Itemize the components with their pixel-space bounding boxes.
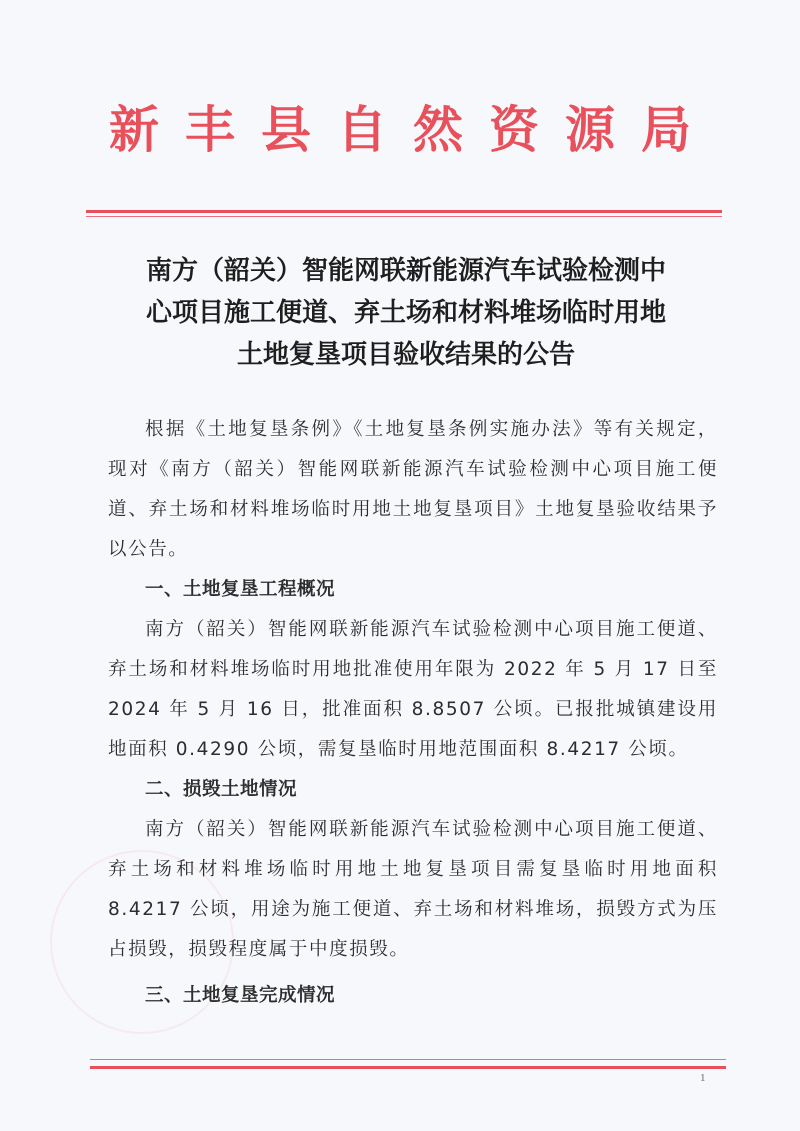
footer-divider-thick [90, 1066, 726, 1069]
footer-divider-thin [90, 1059, 726, 1060]
section-paragraph-2: 南方（韶关）智能网联新能源汽车试验检测中心项目施工便道、弃土场和材料堆场临时用地… [108, 810, 718, 970]
page-number: 1 [700, 1072, 706, 1084]
title-line-2: 心项目施工便道、弃土场和材料堆场临时用地 [96, 292, 716, 334]
document-body: 根据《土地复垦条例》《土地复垦条例实施办法》等有关规定，现对《南方（韶关）智能网… [108, 410, 718, 1016]
section-paragraph-1: 南方（韶关）智能网联新能源汽车试验检测中心项目施工便道、弃土场和材料堆场临时用地… [108, 610, 718, 770]
issuer-masthead: 新丰县自然资源局 [0, 90, 800, 162]
title-line-3: 土地复垦项目验收结果的公告 [96, 334, 716, 376]
section-heading-2: 二、损毁土地情况 [108, 770, 718, 810]
title-line-1: 南方（韶关）智能网联新能源汽车试验检测中 [96, 250, 716, 292]
document-title: 南方（韶关）智能网联新能源汽车试验检测中 心项目施工便道、弃土场和材料堆场临时用… [96, 250, 716, 376]
masthead-divider-thick [86, 210, 722, 213]
intro-paragraph: 根据《土地复垦条例》《土地复垦条例实施办法》等有关规定，现对《南方（韶关）智能网… [108, 410, 718, 570]
section-heading-3: 三、土地复垦完成情况 [108, 976, 718, 1016]
masthead-divider-thin [86, 216, 722, 217]
section-heading-1: 一、土地复垦工程概况 [108, 570, 718, 610]
